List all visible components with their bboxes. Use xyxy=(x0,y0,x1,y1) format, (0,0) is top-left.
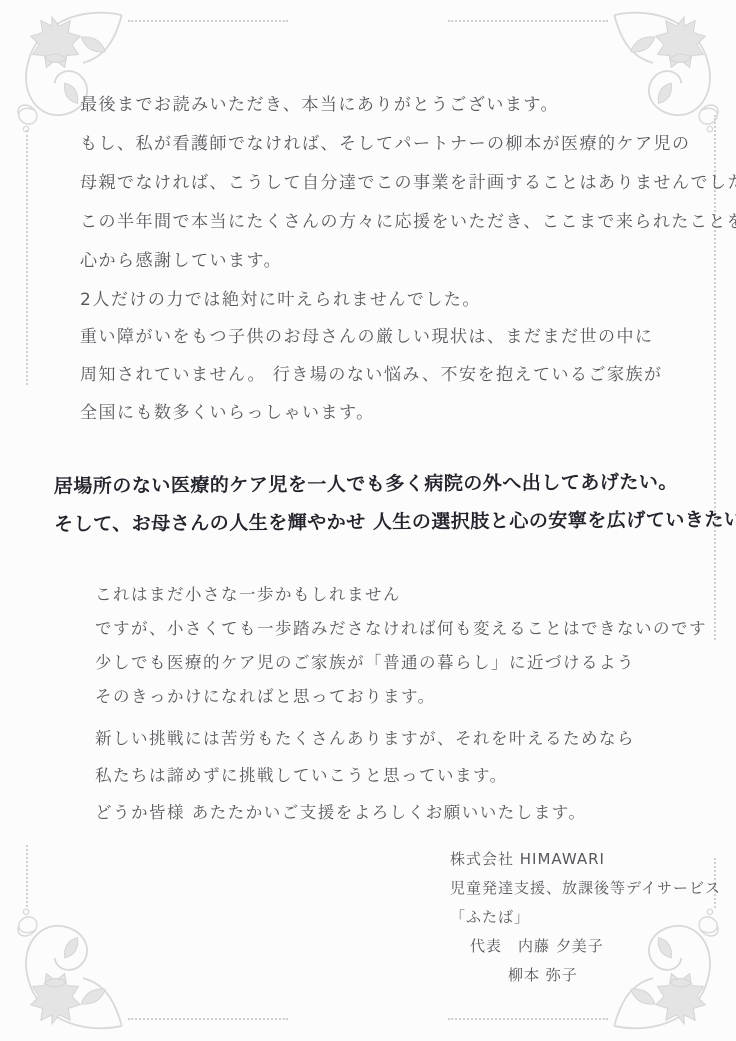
paragraph-situation: 重い障がいをもつ子供のお母さんの厳しい現状は、まだまだ世の中に 周知されていませ… xyxy=(80,318,662,432)
dotted-border-segment xyxy=(128,20,288,22)
letter-line: 全国にも数多くいらっしゃいます。 xyxy=(80,394,662,432)
letter-line: これはまだ小さな一歩かもしれません xyxy=(95,578,707,612)
dotted-border-segment xyxy=(448,20,608,22)
letter-line: 2人だけの力では絶対に叶えられませんでした。 xyxy=(80,281,481,320)
letter-line: 心から感謝しています。 xyxy=(80,242,736,281)
letter-line: もし、私が看護師でなければ、そしてパートナーの柳本が医療的ケア児の xyxy=(80,125,736,164)
letter-line: 私たちは諦めずに挑戦していこうと思っています。 xyxy=(95,757,635,794)
slogan-statement: 居場所のない医療的ケア児を一人でも多く病院の外へ出してあげたい。 そして、お母さ… xyxy=(54,463,736,544)
paragraph-small-step: これはまだ小さな一歩かもしれません ですが、小さくても一歩踏みださなければ何も変… xyxy=(95,578,707,714)
letter-line: どうか皆様 あたたかいご支援をよろしくお願いいたします。 xyxy=(95,794,635,831)
letter-line: この半年間で本当にたくさんの方々に応援をいただき、ここまで来られたことを xyxy=(80,203,736,242)
letter-line: そのきっかけになればと思っております。 xyxy=(95,680,707,714)
letter-line: 母親でなければ、こうして自分達でこの事業を計画することはありませんでした。 xyxy=(80,164,736,203)
paragraph-thanks: 最後までお読みいただき、本当にありがとうございます。 もし、私が看護師でなければ… xyxy=(80,86,736,281)
letter-line: 少しでも医療的ケア児のご家族が「普通の暮らし」に近づけるよう xyxy=(95,646,707,680)
dotted-border-segment xyxy=(448,1018,608,1020)
dotted-border-segment xyxy=(128,1018,288,1020)
dotted-border-segment xyxy=(26,130,28,385)
letter-line: 最後までお読みいただき、本当にありがとうございます。 xyxy=(80,86,736,125)
signature-company: 株式会社 HIMAWARI xyxy=(450,845,721,874)
signature-brand: 「ふたば」 xyxy=(450,903,721,932)
corner-ornament-bottom-left xyxy=(4,899,142,1037)
signature-representative: 代表 内藤 夕美子 xyxy=(450,932,721,961)
letter-line: 新しい挑戦には苦労もたくさんありますが、それを叶えるためなら xyxy=(95,720,635,757)
floral-flourish-icon xyxy=(4,899,142,1037)
signature-partner: 柳本 弥子 xyxy=(450,961,721,990)
letter-line: 重い障がいをもつ子供のお母さんの厳しい現状は、まだまだ世の中に xyxy=(80,318,662,356)
letter-line: 周知されていません。 行き場のない悩み、不安を抱えているご家族が xyxy=(80,356,662,394)
slogan-line: 居場所のない医療的ケア児を一人でも多く病院の外へ出してあげたい。 xyxy=(54,463,736,506)
paragraph-challenge: 新しい挑戦には苦労もたくさんありますが、それを叶えるためなら 私たちは諦めずに挑… xyxy=(95,720,635,831)
slogan-line: そして、お母さんの人生を輝やかせ 人生の選択肢と心の安寧を広げていきたい。 xyxy=(54,501,736,544)
paragraph-two-people: 2人だけの力では絶対に叶えられませんでした。 xyxy=(80,281,481,320)
letter-page: 最後までお読みいただき、本当にありがとうございます。 もし、私が看護師でなければ… xyxy=(0,0,736,1041)
dotted-border-segment xyxy=(26,845,28,907)
signature-service: 児童発達支援、放課後等デイサービス xyxy=(450,874,721,903)
signature-block: 株式会社 HIMAWARI 児童発達支援、放課後等デイサービス 「ふたば」 代表… xyxy=(450,845,721,990)
letter-line: ですが、小さくても一歩踏みださなければ何も変えることはできないのです xyxy=(95,612,707,646)
